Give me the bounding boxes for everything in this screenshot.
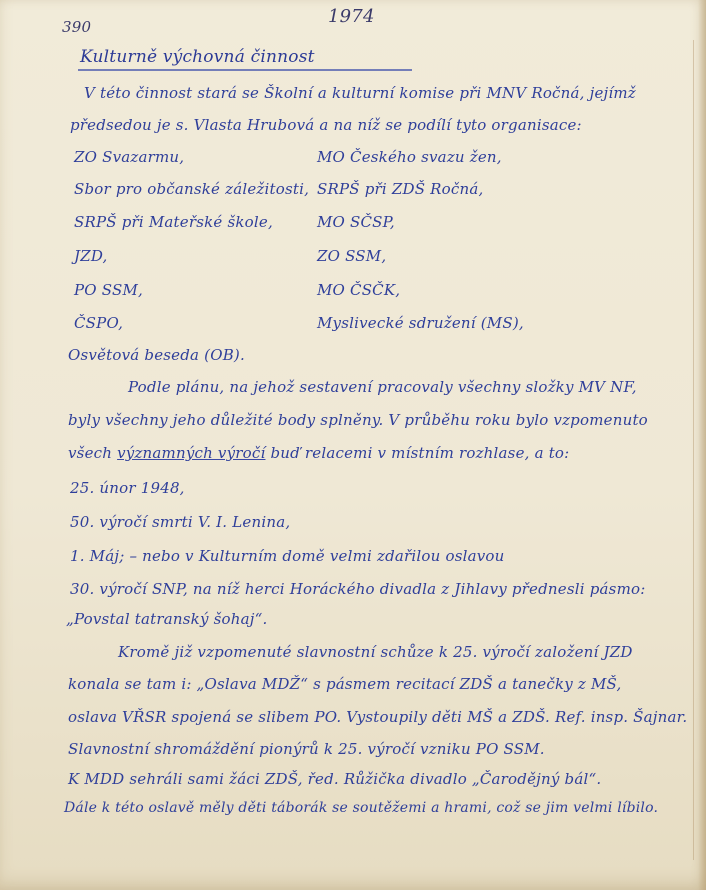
text-fragment: všech bbox=[68, 444, 117, 462]
paragraph-line: Slavnostní shromáždění pionýrů k 25. výr… bbox=[68, 740, 545, 758]
organisation-item: MO SČSP, bbox=[317, 213, 395, 231]
organisation-item: Osvětová beseda (OB). bbox=[68, 346, 245, 364]
paragraph-line: Podle plánu, na jehož sestavení pracoval… bbox=[128, 378, 637, 396]
chronicle-page: 390 1974 Kulturně výchovná činnost V tét… bbox=[0, 0, 706, 890]
organisation-item: ČSPO, bbox=[74, 314, 123, 332]
anniversary-item: „Povstal tatranský šohaj“. bbox=[66, 610, 267, 628]
anniversary-item: 50. výročí smrti V. I. Lenina, bbox=[70, 513, 290, 531]
organisation-item: MO ČSČK, bbox=[317, 281, 400, 299]
organisation-item: SRPŠ při ZDŠ Ročná, bbox=[317, 180, 483, 198]
margin-rule bbox=[693, 40, 694, 860]
anniversary-item: 25. únor 1948, bbox=[70, 479, 185, 497]
text-fragment: buď relacemi v místním rozhlase, a to: bbox=[265, 444, 569, 462]
intro-line: předsedou je s. Vlasta Hrubová a na níž … bbox=[70, 116, 582, 134]
paragraph-line: konala se tam i: „Oslava MDŽ“ s pásmem r… bbox=[68, 675, 621, 693]
section-title: Kulturně výchovná činnost bbox=[80, 47, 315, 67]
organisation-item: Sbor pro občanské záležitosti, bbox=[74, 180, 309, 198]
paragraph-line: všech významných výročí buď relacemi v m… bbox=[68, 444, 569, 462]
anniversary-item: 30. výročí SNP, na níž herci Horáckého d… bbox=[70, 580, 645, 598]
organisation-item: Myslivecké sdružení (MS), bbox=[317, 314, 524, 332]
paragraph-line: byly všechny jeho důležité body splněny.… bbox=[68, 411, 648, 429]
paragraph-line: Dále k této oslavě měly děti táborák se … bbox=[64, 800, 658, 816]
paragraph-line: Kromě již vzpomenuté slavnostní schůze k… bbox=[118, 643, 633, 661]
underlined-phrase: významných výročí bbox=[117, 444, 265, 462]
organisation-item: JZD, bbox=[74, 247, 108, 265]
intro-line: V této činnost stará se Školní a kulturn… bbox=[84, 84, 636, 102]
anniversary-item: 1. Máj; – nebo v Kulturním domě velmi zd… bbox=[70, 547, 505, 565]
organisation-item: PO SSM, bbox=[74, 281, 143, 299]
paragraph-line: oslava VŘSR spojená se slibem PO. Vystou… bbox=[68, 708, 687, 726]
organisation-item: SRPŠ při Mateřské škole, bbox=[74, 213, 273, 231]
organisation-item: ZO SSM, bbox=[317, 247, 386, 265]
organisation-item: ZO Svazarmu, bbox=[74, 148, 184, 166]
year-heading: 1974 bbox=[328, 6, 375, 27]
organisation-item: MO Českého svazu žen, bbox=[317, 148, 502, 166]
paragraph-line: K MDD sehráli sami žáci ZDŠ, řed. Růžičk… bbox=[68, 770, 601, 788]
page-number: 390 bbox=[62, 18, 91, 36]
page-edge-shadow bbox=[698, 0, 706, 890]
title-underline bbox=[78, 69, 412, 71]
